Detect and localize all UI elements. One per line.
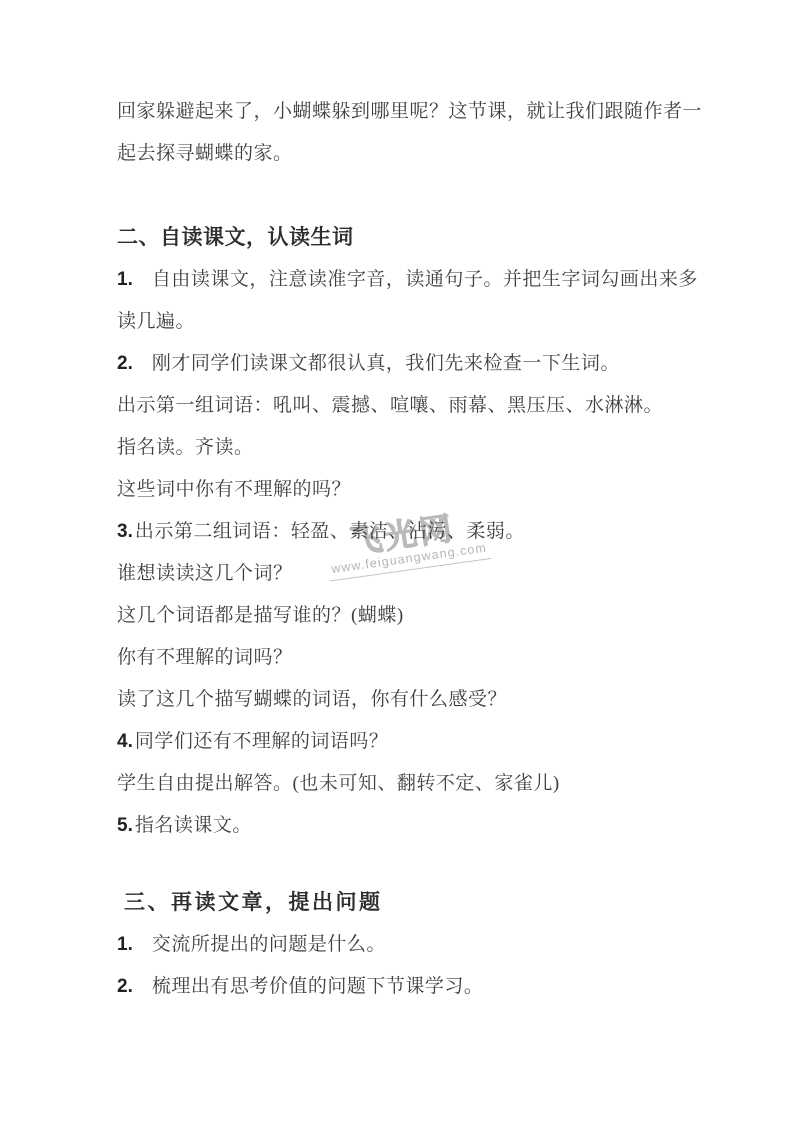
section-heading: 三、再读文章，提出问题 [117,882,703,924]
paragraph-line: 你有不理解的词吗？ [117,637,703,679]
item-text: 同学们还有不理解的词语吗？ [135,731,389,752]
paragraph-line: 出示第一组词语：吼叫、震撼、喧嚷、雨幕、黑压压、水淋淋。 [117,385,703,427]
paragraph-line: 谁想读读这几个词？ [117,553,703,595]
paragraph-line: 起去探寻蝴蝶的家。 [117,133,703,175]
document-page: { "page": { "background": "#ffffff", "te… [0,0,793,1122]
numbered-item: 4.同学们还有不理解的词语吗？ [117,721,703,763]
list-number: 5. [117,815,133,836]
numbered-item: 2.梳理出有思考价值的问题下节课学习。 [117,966,703,1008]
document-content: 回家躲避起来了，小蝴蝶躲到哪里呢？这节课，就让我们跟随作者一 起去探寻蝴蝶的家。… [117,91,703,1008]
numbered-item: 5.指名读课文。 [117,805,703,847]
numbered-item: 1.自由读课文，注意读准字音，读通句子。并把生字词勾画出来多 [117,259,703,301]
paragraph-line: 读了这几个描写蝴蝶的词语，你有什么感受？ [117,679,703,721]
list-number: 1. [117,269,133,290]
item-text: 梳理出有思考价值的问题下节课学习。 [152,976,484,997]
list-number: 4. [117,731,133,752]
item-text: 交流所提出的问题是什么。 [152,934,386,955]
paragraph-line: 这些词中你有不理解的吗？ [117,469,703,511]
paragraph-line: 回家躲避起来了，小蝴蝶躲到哪里呢？这节课，就让我们跟随作者一 [117,91,703,133]
section-heading: 二、自读课文，认读生词 [117,217,703,259]
list-number: 1. [117,934,133,955]
document-page-inner: 飞光网 www.feiguangwang.com 回家躲避起来了，小蝴蝶躲到哪里… [0,0,793,1122]
item-text: 指名读课文。 [135,815,252,836]
list-number: 2. [117,353,133,374]
list-number: 3. [117,521,133,542]
paragraph-line: 学生自由提出解答。(也未可知、翻转不定、家雀儿) [117,763,703,805]
numbered-item: 1.交流所提出的问题是什么。 [117,924,703,966]
item-text: 刚才同学们读课文都很认真，我们先来检查一下生词。 [152,353,620,374]
item-text: 自由读课文，注意读准字音，读通句子。并把生字词勾画出来多 [152,269,698,290]
item-text: 出示第二组词语：轻盈、素洁、沾污、柔弱。 [135,521,525,542]
paragraph-line: 指名读。齐读。 [117,427,703,469]
numbered-item: 2.刚才同学们读课文都很认真，我们先来检查一下生词。 [117,343,703,385]
list-number: 2. [117,976,133,997]
paragraph-line: 读几遍。 [117,301,703,343]
paragraph-line: 这几个词语都是描写谁的？(蝴蝶) [117,595,703,637]
numbered-item: 3.出示第二组词语：轻盈、素洁、沾污、柔弱。 [117,511,703,553]
